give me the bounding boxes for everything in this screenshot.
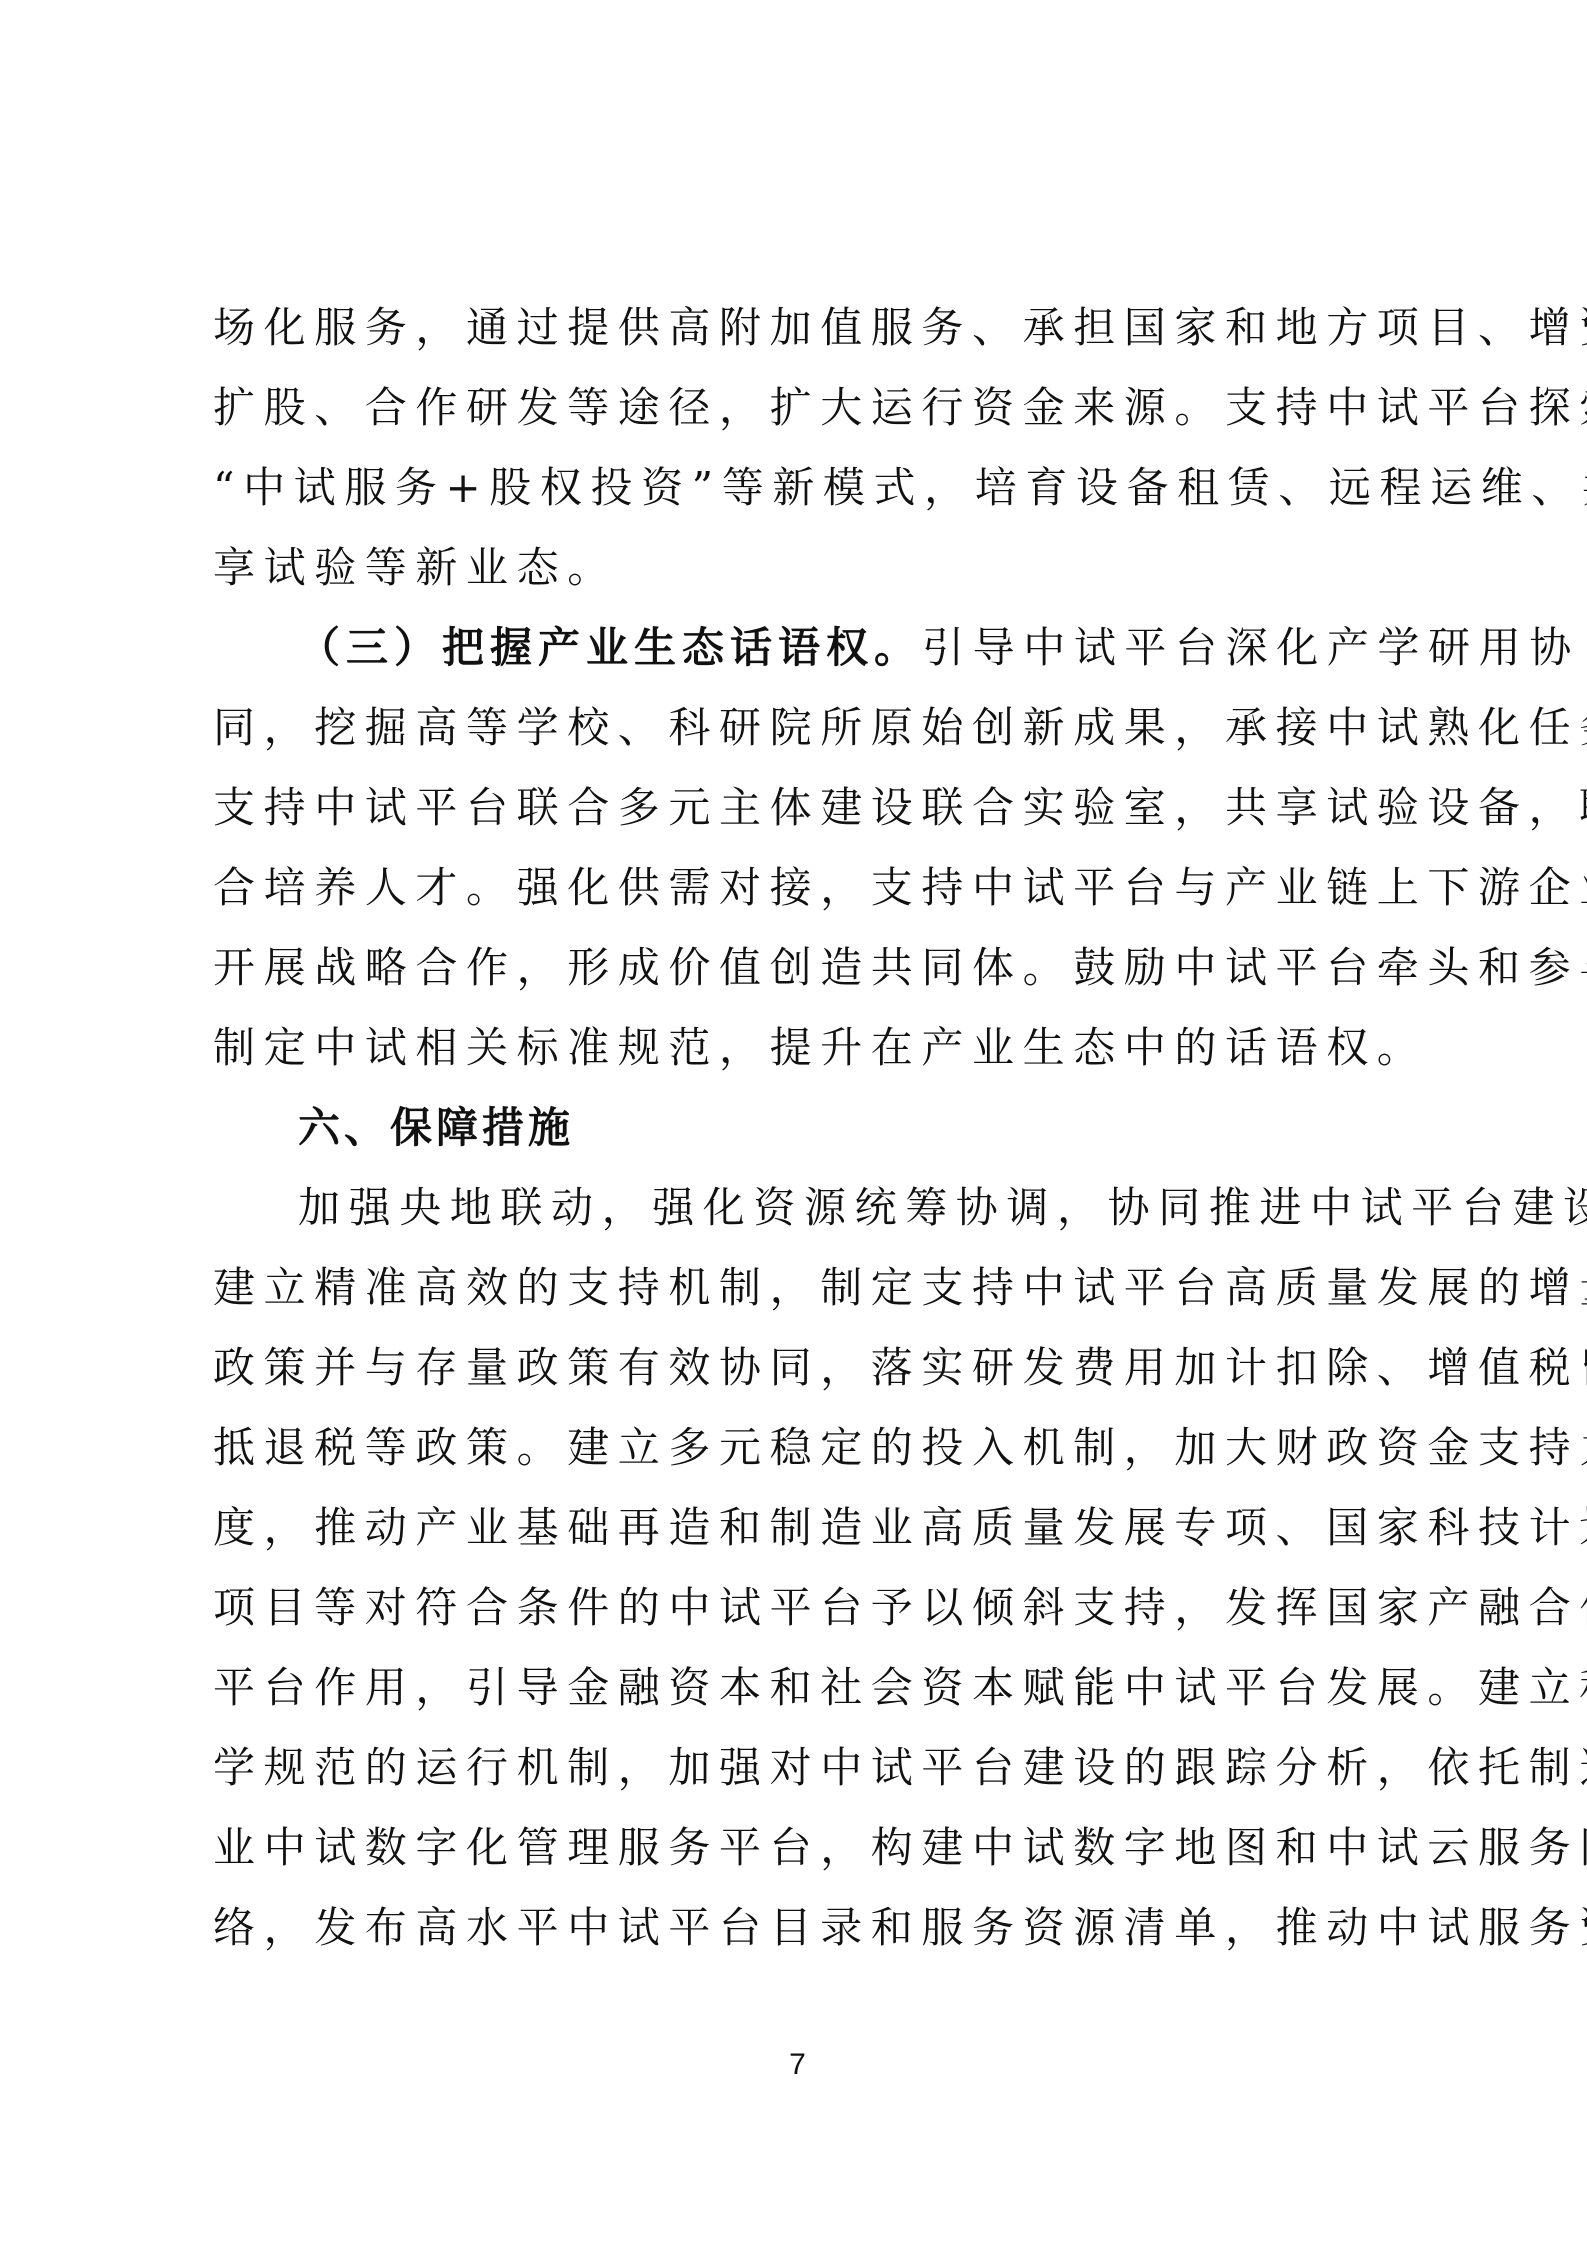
document-page: 场化服务，通过提供高附加值服务、承担国家和地方项目、增资 扩股、合作研发等途径，… — [0, 0, 1587, 2245]
subsection-title: （三）把握产业生态话语权。 — [298, 623, 922, 672]
text-line: 项目等对符合条件的中试平台予以倾斜支持，发挥国家产融合作 — [213, 1568, 1383, 1648]
text-line: 支持中试平台联合多元主体建设联合实验室，共享试验设备，联 — [213, 768, 1383, 848]
section-heading: 六、保障措施 — [213, 1088, 1383, 1168]
text-line: 学规范的运行机制，加强对中试平台建设的跟踪分析，依托制造 — [213, 1728, 1383, 1808]
text-line: 政策并与存量政策有效协同，落实研发费用加计扣除、增值税留 — [213, 1328, 1383, 1408]
text-line: 场化服务，通过提供高附加值服务、承担国家和地方项目、增资 — [213, 288, 1383, 368]
body-text: 场化服务，通过提供高附加值服务、承担国家和地方项目、增资 扩股、合作研发等途径，… — [213, 288, 1383, 1968]
text-line: 开展战略合作，形成价值创造共同体。鼓励中试平台牵头和参与 — [213, 928, 1383, 1008]
paragraph-first-line: 加强央地联动，强化资源统筹协调，协同推进中试平台建设。 — [213, 1168, 1383, 1248]
text-line: “中试服务+股权投资”等新模式，培育设备租赁、远程运维、共 — [213, 448, 1383, 528]
text-line: 同，挖掘高等学校、科研院所原始创新成果，承接中试熟化任务。 — [213, 688, 1383, 768]
text-line: 建立精准高效的支持机制，制定支持中试平台高质量发展的增量 — [213, 1248, 1383, 1328]
text-line: 享试验等新业态。 — [213, 528, 1383, 608]
text-line: 平台作用，引导金融资本和社会资本赋能中试平台发展。建立科 — [213, 1648, 1383, 1728]
subsection-text: 引导中试平台深化产学研用协 — [922, 623, 1580, 672]
text-line: 度，推动产业基础再造和制造业高质量发展专项、国家科技计划 — [213, 1488, 1383, 1568]
text-line: 络，发布高水平中试平台目录和服务资源清单，推动中试服务资 — [213, 1888, 1383, 1968]
text-line: 业中试数字化管理服务平台，构建中试数字地图和中试云服务网 — [213, 1808, 1383, 1888]
text-line: 抵退税等政策。建立多元稳定的投入机制，加大财政资金支持力 — [213, 1408, 1383, 1488]
subsection-first-line: （三）把握产业生态话语权。引导中试平台深化产学研用协 — [213, 608, 1383, 688]
text-line: 合培养人才。强化供需对接，支持中试平台与产业链上下游企业 — [213, 848, 1383, 928]
page-number: 7 — [0, 2048, 1587, 2082]
text-line: 扩股、合作研发等途径，扩大运行资金来源。支持中试平台探索 — [213, 368, 1383, 448]
text-line: 制定中试相关标准规范，提升在产业生态中的话语权。 — [213, 1008, 1383, 1088]
